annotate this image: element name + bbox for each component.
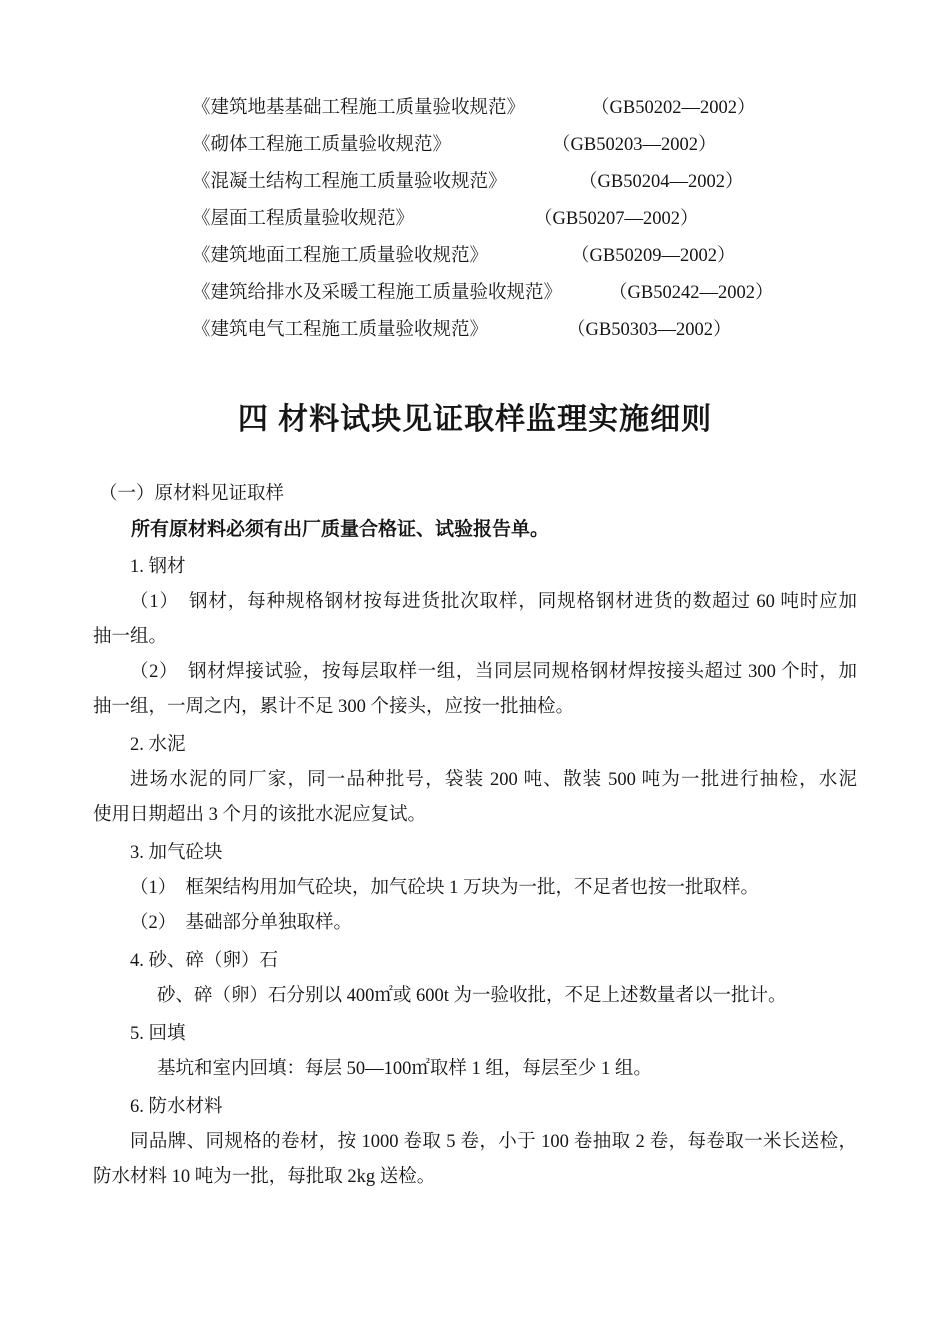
- document-page: 《建筑地基基础工程施工质量验收规范》 （GB50202—2002） 《砌体工程施…: [0, 0, 950, 1344]
- standards-list: 《建筑地基基础工程施工质量验收规范》 （GB50202—2002） 《砌体工程施…: [93, 90, 857, 349]
- item-heading: 5. 回填: [93, 1017, 857, 1052]
- item-heading: 2. 水泥: [93, 728, 857, 763]
- chapter-heading: 四 材料试块见证取样监理实施细则: [93, 398, 857, 442]
- paragraph-line: 防水材料 10 吨为一批，每批取 2kg 送检。: [93, 1160, 857, 1195]
- standard-title: 《建筑地基基础工程施工质量验收规范》: [192, 98, 525, 118]
- standard-title: 《建筑电气工程施工质量验收规范》: [192, 320, 488, 340]
- paragraph-line: 抽一组，一周之内，累计不足 300 个接头，应按一批抽检。: [93, 690, 857, 725]
- standard-title: 《砌体工程施工质量验收规范》: [192, 135, 451, 155]
- paragraph-line: 进场水泥的同厂家，同一品种批号，袋装 200 吨、散装 500 吨为一批进行抽检…: [93, 763, 857, 798]
- subsection-label: （一）原材料见证取样: [93, 477, 857, 512]
- item-heading: 3. 加气砼块: [93, 836, 857, 871]
- standard-row: 《砌体工程施工质量验收规范》 （GB50203—2002）: [192, 127, 857, 164]
- standard-row: 《建筑给排水及采暖工程施工质量验收规范》 （GB50242—2002）: [192, 275, 857, 312]
- standard-title: 《建筑地面工程施工质量验收规范》: [192, 246, 488, 266]
- item-heading: 6. 防水材料: [93, 1090, 857, 1125]
- paragraph-line: 基坑和室内回填：每层 50—100㎡取样 1 组，每层至少 1 组。: [93, 1052, 857, 1087]
- paragraph-line: （1） 钢材，每种规格钢材按每进货批次取样，同规格钢材进货的数超过 60 吨时应…: [93, 585, 857, 620]
- item-heading: 4. 砂、碎（卵）石: [93, 944, 857, 979]
- paragraph-line: （2） 钢材焊接试验，按每层取样一组，当同层同规格钢材焊按接头超过 300 个时…: [93, 655, 857, 690]
- standard-code: （GB50203—2002）: [552, 127, 716, 164]
- bold-note: 所有原材料必须有出厂质量合格证、试验报告单。: [93, 512, 857, 547]
- standard-code: （GB50207—2002）: [534, 201, 698, 238]
- standard-code: （GB50209—2002）: [571, 238, 735, 275]
- standard-row: 《建筑地面工程施工质量验收规范》 （GB50209—2002）: [192, 238, 857, 275]
- paragraph-line: （1） 框架结构用加气砼块，加气砼块 1 万块为一批，不足者也按一批取样。: [93, 871, 857, 906]
- standard-row: 《混凝土结构工程施工质量验收规范》 （GB50204—2002）: [192, 164, 857, 201]
- paragraph-line: 砂、碎（卵）石分别以 400㎡或 600t 为一验收批，不足上述数量者以一批计。: [93, 979, 857, 1014]
- standard-row: 《建筑电气工程施工质量验收规范》 （GB50303—2002）: [192, 312, 857, 349]
- standard-title: 《屋面工程质量验收规范》: [192, 209, 414, 229]
- paragraph-line: （2） 基础部分单独取样。: [93, 906, 857, 941]
- standard-title: 《建筑给排水及采暖工程施工质量验收规范》: [192, 283, 562, 303]
- item-heading: 1. 钢材: [93, 550, 857, 585]
- standard-row: 《建筑地基基础工程施工质量验收规范》 （GB50202—2002）: [192, 90, 857, 127]
- standard-title: 《混凝土结构工程施工质量验收规范》: [192, 172, 507, 192]
- standard-code: （GB50202—2002）: [591, 90, 755, 127]
- paragraph-line: 抽一组。: [93, 620, 857, 655]
- paragraph-line: 同品牌、同规格的卷材，按 1000 卷取 5 卷，小于 100 卷抽取 2 卷，…: [93, 1125, 857, 1160]
- standard-row: 《屋面工程质量验收规范》 （GB50207—2002）: [192, 201, 857, 238]
- standard-code: （GB50242—2002）: [609, 275, 773, 312]
- standard-code: （GB50303—2002）: [567, 312, 731, 349]
- body-text: （一）原材料见证取样 所有原材料必须有出厂质量合格证、试验报告单。 1. 钢材 …: [93, 477, 857, 1195]
- standard-code: （GB50204—2002）: [579, 164, 743, 201]
- paragraph-line: 使用日期超出 3 个月的该批水泥应复试。: [93, 798, 857, 833]
